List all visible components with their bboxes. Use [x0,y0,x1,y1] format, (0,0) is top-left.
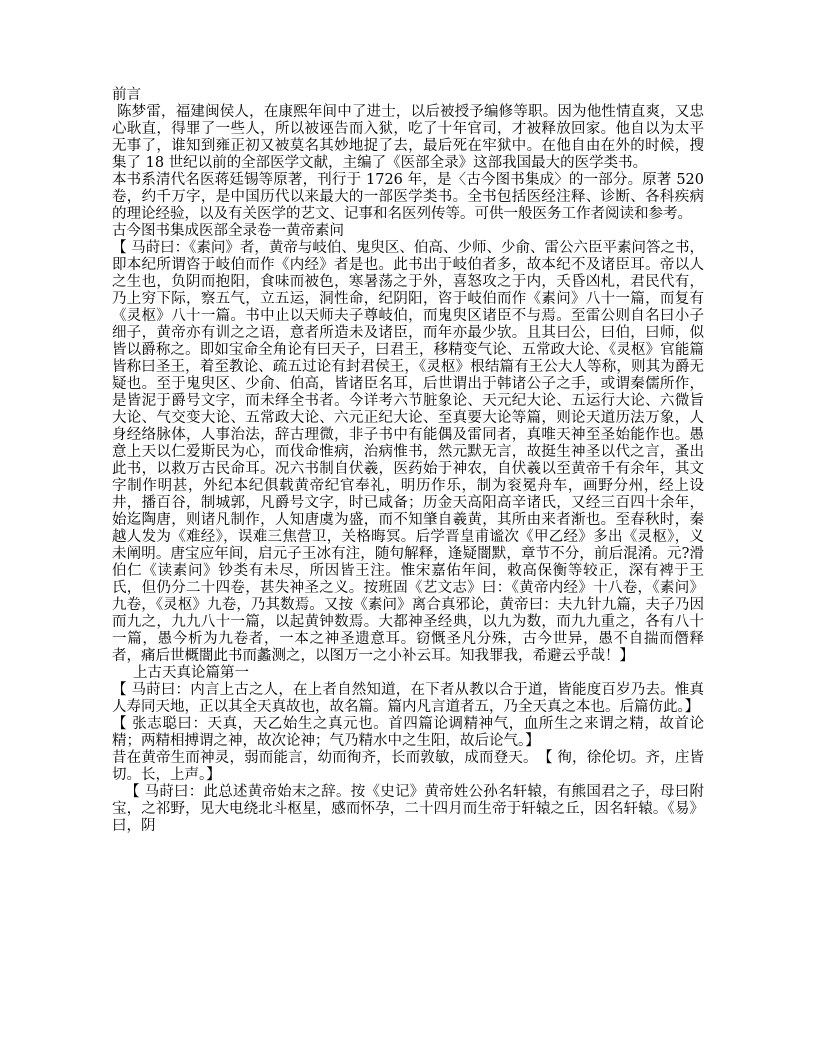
volume-title: 古今图书集成医部全录卷一黄帝素问 [112,223,704,240]
chapter-heading-shanggu-tianzhen: 上古天真论篇第一 [112,665,704,682]
commentary-ma-shi-suwen-overview: 【 马莳曰：《素问》者，黄帝与岐伯、鬼臾区、伯高、少师、少俞、雷公六臣平素问答之… [112,240,704,665]
commentary-ma-shi-huangdi-origin: 【 马莳曰：此总述黄帝始末之辞。按《史记》黄帝姓公孙名轩辕，有熊国君之子，母曰附… [112,784,704,835]
preface-paragraph-biography: 陈梦雷，福建闽侯人，在康熙年间中了进士，以后被授予编修等职。因为他性情直爽，又忠… [112,104,704,172]
commentary-ma-shi-chapter-note: 【 马莳曰：内言上古之人，在上者自然知道，在下者从教以合于道，皆能度百岁乃去。惟… [112,682,704,716]
document-page: 前言 陈梦雷，福建闽侯人，在康熙年间中了进士，以后被授予编修等职。因为他性情直爽… [112,87,704,835]
commentary-zhang-zhicong-note: 【 张志聪曰：天真，天乙始生之真元也。首四篇论调精神气，血所生之来谓之精，故首论… [112,716,704,750]
classic-text-huangdi-line: 昔在黄帝生而神灵，弱而能言，幼而徇齐，长而敦敏，成而登天。 【 徇，徐伦切。齐，… [112,750,704,784]
preface-title: 前言 [112,87,704,104]
preface-paragraph-book-intro: 本书系清代名医蒋廷锡等原著，刊行于 1726 年，是〈古今图书集成〉的一部分。原… [112,172,704,223]
